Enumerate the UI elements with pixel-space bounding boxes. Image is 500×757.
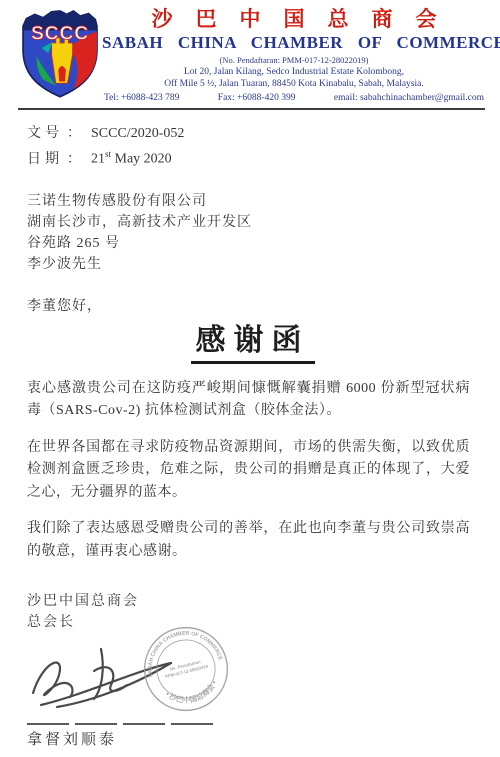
fax-number: Fax: +6088-420 399 xyxy=(218,92,296,104)
paragraph-1: 衷心感激贵公司在这防疫严峻期间慷慨解囊捐赠 6000 份新型冠状病毒（SARS-… xyxy=(27,378,470,423)
signature-area: SABAH CHINA CHAMBER OF COMMERCE • 沙巴中国总商… xyxy=(27,635,470,721)
date-label: 日期 xyxy=(27,149,63,170)
date-row: 日期 ： 21st May 2020 xyxy=(27,144,470,170)
address-line-1: Lot 20, Jalan Kilang, Sedco Industrial E… xyxy=(102,66,486,78)
reference-number-row: 文号 ： SCCC/2020-052 xyxy=(27,123,470,144)
date-month-year: May 2020 xyxy=(111,152,172,167)
document-title: 感谢函 xyxy=(191,322,315,364)
signature-line xyxy=(27,721,213,725)
org-name-english: SABAH CHINA CHAMBER OF COMMERCE xyxy=(102,32,486,54)
date-day: 21 xyxy=(91,152,105,167)
signature-line-segment xyxy=(27,721,69,725)
signature-line-segment xyxy=(123,721,165,725)
recipient-block: 三诺生物传感股份有限公司 湖南长沙市，高新技术产业开发区 谷苑路 265 号 李… xyxy=(27,191,470,275)
address-line-2: Off Mile 5 ½, Jalan Tuaran, 88450 Kota K… xyxy=(102,78,486,90)
stamp-ring-bottom-text: • 沙巴中国总商会 • xyxy=(162,677,222,710)
sccc-logo: SCCC xyxy=(18,5,102,101)
document-title-wrap: 感谢函 xyxy=(27,322,470,364)
svg-text:• 沙巴中国总商会 •: • 沙巴中国总商会 • xyxy=(162,677,222,710)
tel-number: Tel: +6088-423 789 xyxy=(104,92,179,104)
paragraph-2: 在世界各国都在寻求防疫物品资源期间，市场的供需失衡，以致优质检测剂盒匮乏珍贵，危… xyxy=(27,437,470,505)
salutation: 李董您好， xyxy=(27,296,470,317)
letterhead: SCCC 沙巴中国总商会 SABAH CHINA CHAMBER OF COMM… xyxy=(0,0,500,104)
signer-name: 拿督刘顺泰 xyxy=(27,730,470,751)
ref-label: 文号 xyxy=(27,123,63,144)
ref-separator: ： xyxy=(67,123,81,144)
letterhead-text: 沙巴中国总商会 SABAH CHINA CHAMBER OF COMMERCE … xyxy=(102,6,486,104)
signature-line-segment xyxy=(75,721,117,725)
letter-page: SCCC 沙巴中国总商会 SABAH CHINA CHAMBER OF COMM… xyxy=(0,0,500,757)
closing-org: 沙巴中国总商会 xyxy=(27,591,470,612)
logo-text: SCCC xyxy=(31,24,89,45)
recipient-company: 三诺生物传感股份有限公司 xyxy=(27,191,470,212)
paragraph-3: 我们除了表达感恩受赠贵公司的善举，在此也向李董与贵公司致崇高的敬意，谨再衷心感谢… xyxy=(27,518,470,563)
closing-block: 沙巴中国总商会 总会长 xyxy=(27,591,470,633)
recipient-person: 李少波先生 xyxy=(27,254,470,275)
letter-meta: 文号 ： SCCC/2020-052 日期 ： 21st May 2020 xyxy=(27,123,470,170)
contact-line: Tel: +6088-423 789 Fax: +6088-420 399 em… xyxy=(102,92,486,104)
email-address: email: sabahchinachamber@gmail.com xyxy=(334,92,484,104)
recipient-street: 谷苑路 265 号 xyxy=(27,233,470,254)
shield-logo-icon: SCCC xyxy=(18,5,102,101)
org-name-chinese: 沙巴中国总商会 xyxy=(102,6,500,32)
header-divider xyxy=(18,108,485,110)
date-separator: ： xyxy=(67,149,81,170)
closing-role: 总会长 xyxy=(27,612,470,633)
letter-body: 文号 ： SCCC/2020-052 日期 ： 21st May 2020 三诺… xyxy=(0,123,500,751)
ref-value: SCCC/2020-052 xyxy=(91,123,184,144)
date-value: 21st May 2020 xyxy=(91,144,172,170)
signature-line-segment xyxy=(171,721,213,725)
registration-number: (No. Pendaftaran: PMM-017-12-28022019) xyxy=(102,55,486,66)
recipient-city: 湖南长沙市，高新技术产业开发区 xyxy=(27,212,470,233)
